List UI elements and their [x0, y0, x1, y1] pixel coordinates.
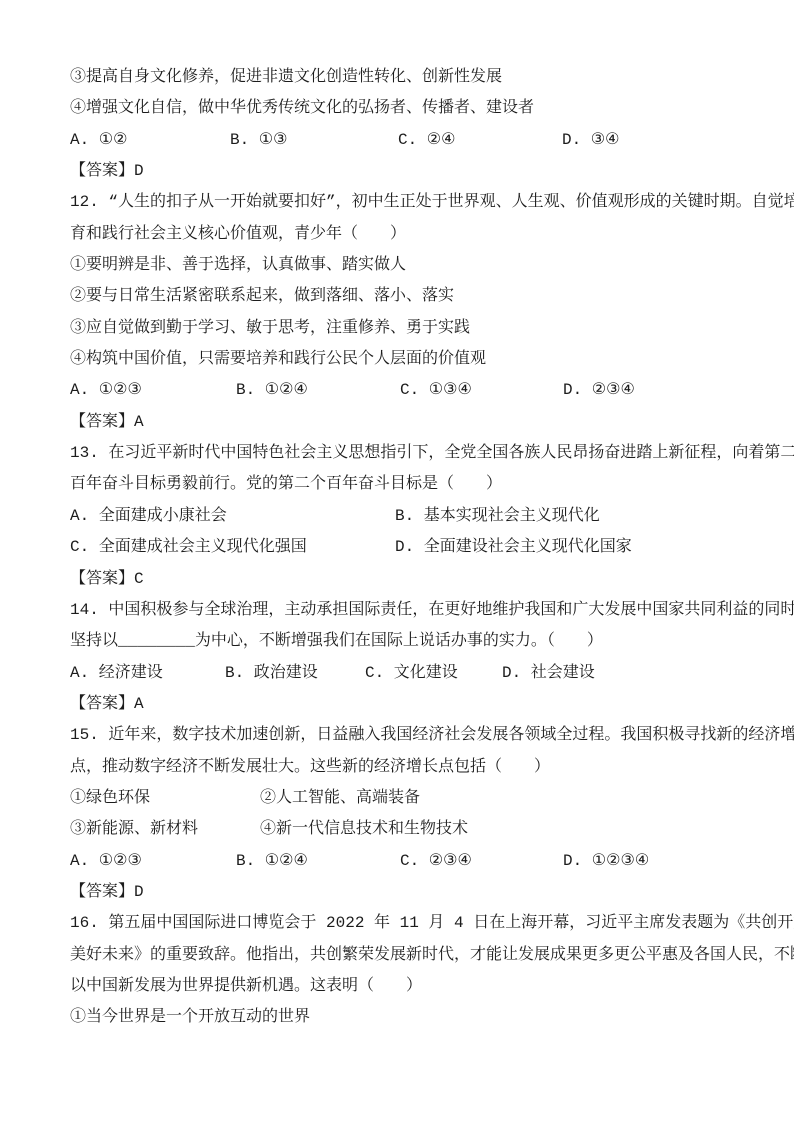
q13-options-row-1: A. 全面建成小康社会 B. 基本实现社会主义现代化 [70, 501, 730, 532]
q13-options-row-2: C. 全面建成社会主义现代化强国 D. 全面建设社会主义现代化国家 [70, 532, 730, 563]
q12-sub-item-1: ①要明辨是非、善于选择，认真做事、踏实做人 [70, 250, 730, 281]
q12-option-d: D. ②③④ [563, 375, 635, 406]
q13-option-b: B. 基本实现社会主义现代化 [395, 501, 600, 532]
q12-sub-item-4: ④构筑中国价值，只需要培养和践行公民个人层面的价值观 [70, 344, 730, 375]
q15-stem-line-2: 点，推动数字经济不断发展壮大。这些新的经济增长点包括（ ） [70, 752, 730, 783]
q13-option-c: C. 全面建成社会主义现代化强国 [70, 532, 307, 563]
q12-option-c: C. ①③④ [400, 375, 472, 406]
q16-sub-item-1: ①当今世界是一个开放互动的世界 [70, 1002, 730, 1033]
q15-sub-item-2: ②人工智能、高端装备 [260, 783, 420, 814]
q11-sub-item-4: ④增强文化自信，做中华优秀传统文化的弘扬者、传播者、建设者 [70, 93, 730, 124]
q15-options-row: A. ①②③ B. ①②④ C. ②③④ D. ①②③④ [70, 846, 730, 877]
q14-option-a: A. 经济建设 [70, 658, 163, 689]
q14-stem-line-1: 14. 中国积极参与全球治理，主动承担国际责任，在更好地维护我国和广大发展中国家… [70, 595, 730, 626]
q16-stem-line-2: 美好未来》的重要致辞。他指出，共创繁荣发展新时代，才能让发展成果更多更公平惠及各… [70, 940, 730, 971]
q15-sub-item-3: ③新能源、新材料 [70, 814, 198, 845]
q12-options-row: A. ①②③ B. ①②④ C. ①③④ D. ②③④ [70, 375, 730, 406]
q14-option-d: D. 社会建设 [502, 658, 595, 689]
q11-option-b: B. ①③ [230, 125, 288, 156]
q12-sub-item-3: ③应自觉做到勤于学习、敏于思考，注重修养、勇于实践 [70, 313, 730, 344]
q15-sub-items-row-1: ①绿色环保 ②人工智能、高端装备 [70, 783, 730, 814]
q12-sub-item-2: ②要与日常生活紧密联系起来，做到落细、落小、落实 [70, 281, 730, 312]
q12-option-a: A. ①②③ [70, 375, 142, 406]
q11-sub-item-3: ③提高自身文化修养，促进非遗文化创造性转化、创新性发展 [70, 62, 730, 93]
q11-option-c: C. ②④ [398, 125, 456, 156]
q16-stem-line-1: 16. 第五届中国国际进口博览会于 2022 年 11 月 4 日在上海开幕，习… [70, 908, 730, 939]
q11-answer: 【答案】D [70, 156, 730, 187]
q15-sub-items-row-2: ③新能源、新材料 ④新一代信息技术和生物技术 [70, 814, 730, 845]
q15-option-a: A. ①②③ [70, 846, 142, 877]
q11-option-a: A. ①② [70, 125, 128, 156]
q14-options-row: A. 经济建设 B. 政治建设 C. 文化建设 D. 社会建设 [70, 658, 730, 689]
q11-option-d: D. ③④ [562, 125, 620, 156]
q13-stem-line-2: 百年奋斗目标勇毅前行。党的第二个百年奋斗目标是（ ） [70, 469, 730, 500]
q12-option-b: B. ①②④ [236, 375, 308, 406]
q14-option-b: B. 政治建设 [225, 658, 318, 689]
q15-option-b: B. ①②④ [236, 846, 308, 877]
q14-stem-line-2: 坚持以________为中心，不断增强我们在国际上说话办事的实力。（ ） [70, 626, 730, 657]
q16-stem-line-3: 以中国新发展为世界提供新机遇。这表明（ ） [70, 971, 730, 1002]
q11-options-row: A. ①② B. ①③ C. ②④ D. ③④ [70, 125, 730, 156]
q15-stem-line-1: 15. 近年来，数字技术加速创新，日益融入我国经济社会发展各领域全过程。我国积极… [70, 720, 730, 751]
q13-stem-line-1: 13. 在习近平新时代中国特色社会主义思想指引下，全党全国各族人民昂扬奋进踏上新… [70, 438, 730, 469]
q12-stem-line-1: 12. “人生的扣子从一开始就要扣好”，初中生正处于世界观、人生观、价值观形成的… [70, 187, 730, 218]
q14-option-c: C. 文化建设 [365, 658, 458, 689]
q15-answer: 【答案】D [70, 877, 730, 908]
exam-document-page: ③提高自身文化修养，促进非遗文化创造性转化、创新性发展 ④增强文化自信，做中华优… [0, 0, 794, 1123]
q15-option-d: D. ①②③④ [563, 846, 649, 877]
q15-sub-item-4: ④新一代信息技术和生物技术 [260, 814, 468, 845]
q13-option-d: D. 全面建设社会主义现代化国家 [395, 532, 632, 563]
q12-stem-line-2: 育和践行社会主义核心价值观，青少年（ ） [70, 219, 730, 250]
q13-answer: 【答案】C [70, 564, 730, 595]
q13-option-a: A. 全面建成小康社会 [70, 501, 227, 532]
q12-answer: 【答案】A [70, 407, 730, 438]
q15-sub-item-1: ①绿色环保 [70, 783, 150, 814]
q14-answer: 【答案】A [70, 689, 730, 720]
document-text-area: ③提高自身文化修养，促进非遗文化创造性转化、创新性发展 ④增强文化自信，做中华优… [70, 62, 730, 1034]
q15-option-c: C. ②③④ [400, 846, 472, 877]
